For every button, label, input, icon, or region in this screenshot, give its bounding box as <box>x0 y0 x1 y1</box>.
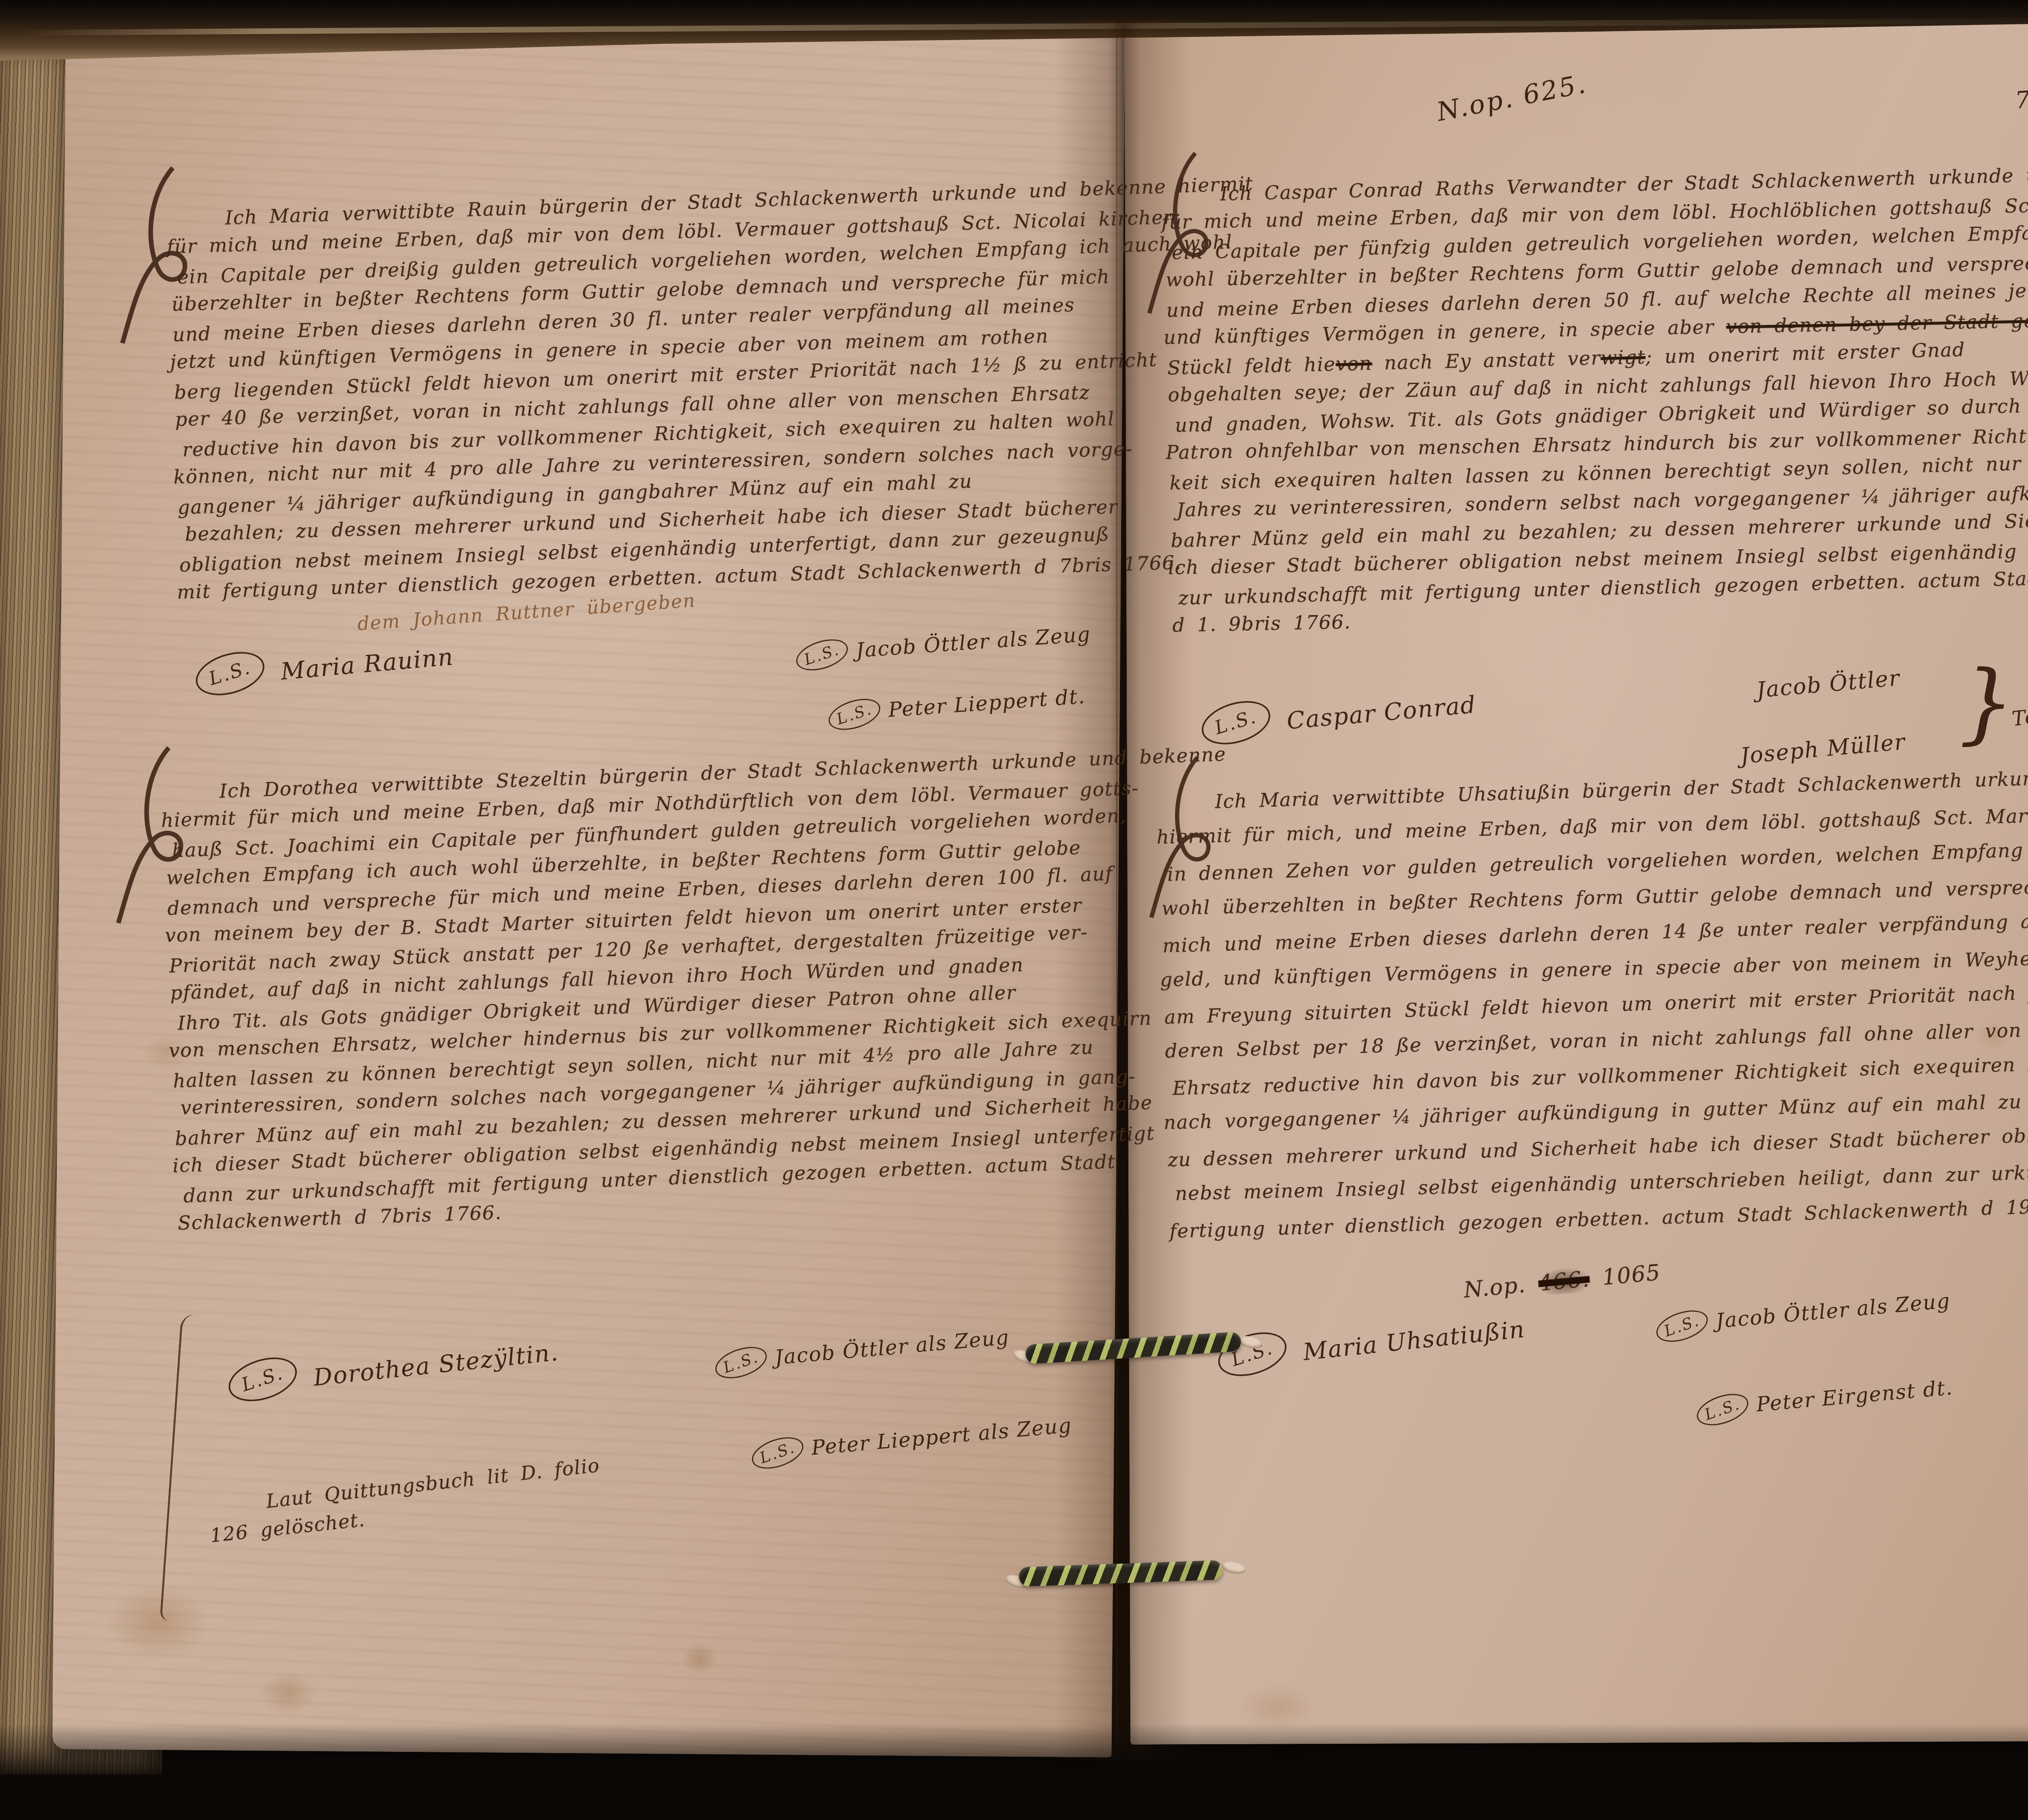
right-entry-2-text: Ich Maria verwittibte Uhsatiußin bürgeri… <box>1158 761 2028 1248</box>
left-entry-2-text: Ich Dorothea verwittibte Stezeltin bürge… <box>163 746 1123 1238</box>
right-entry-1-text: Ich Caspar Conrad Raths Verwandter der S… <box>1164 161 2028 640</box>
witness-brace: } <box>1959 659 2015 746</box>
book-bottom-shadow <box>0 1723 2028 1820</box>
manuscript-photo: N.op. 625. 75. Ich Maria verwittibte Rau… <box>0 0 2028 1820</box>
center-fold-crease <box>1116 24 1117 1744</box>
folio-number: 75. <box>2014 84 2028 114</box>
left-entry-1-text: Ich Maria verwittibte Rauin bürgerin der… <box>169 176 1121 607</box>
